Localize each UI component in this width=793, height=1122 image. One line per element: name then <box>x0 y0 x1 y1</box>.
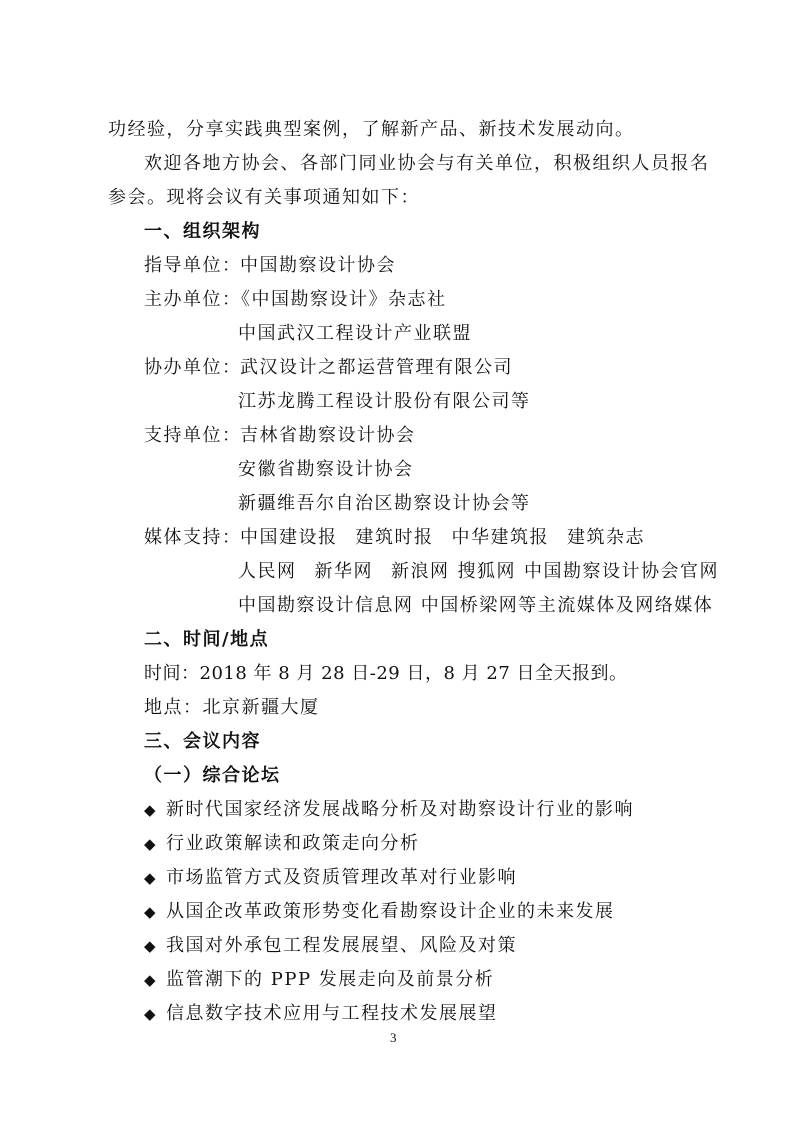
host-unit-row: 主办单位：《中国勘察设计》杂志社 <box>144 288 447 312</box>
co-unit-row: 协办单位：武汉设计之都运营管理有限公司 <box>144 356 513 380</box>
list-item: ◆从国企改革政策形势变化看勘察设计企业的未来发展 <box>144 900 615 924</box>
media-support-row-3: 中国勘察设计信息网 中国桥梁网等主流媒体及网络媒体 <box>238 594 713 618</box>
host-unit-value-2: 中国武汉工程设计产业联盟 <box>238 322 472 346</box>
support-unit-value-3: 新疆维吾尔自治区勘察设计协会等 <box>238 492 531 516</box>
guide-unit-label: 指导单位： <box>144 254 240 278</box>
media-item: 新华网 <box>315 561 374 582</box>
support-unit-value-2: 安徽省勘察设计协会 <box>238 458 414 482</box>
media-item: 中国建设报 <box>240 527 338 548</box>
media-support-row: 媒体支持：中国建设报建筑时报中华建筑报建筑杂志 <box>144 526 645 550</box>
subsection-heading-forum: （一）综合论坛 <box>144 764 281 788</box>
list-item: ◆新时代国家经济发展战略分析及对勘察设计行业的影响 <box>144 798 634 822</box>
media-item: 中国勘察设计协会官网 <box>524 561 719 582</box>
section-heading-content: 三、会议内容 <box>144 730 261 754</box>
support-unit-label: 支持单位： <box>144 424 240 448</box>
diamond-bullet-icon: ◆ <box>144 832 166 856</box>
list-item: ◆我国对外承包工程发展展望、风险及对策 <box>144 934 517 958</box>
media-support-label: 媒体支持： <box>144 526 240 550</box>
place-line: 地点：北京新疆大厦 <box>144 696 320 720</box>
diamond-bullet-icon: ◆ <box>144 866 166 890</box>
list-item: ◆信息数字技术应用与工程技术发展展望 <box>144 1002 498 1026</box>
host-unit-label: 主办单位： <box>144 288 240 312</box>
media-item: 中华建筑报 <box>452 527 550 548</box>
page-number: 3 <box>390 1030 397 1046</box>
support-unit-value: 吉林省勘察设计协会 <box>240 425 416 446</box>
diamond-bullet-icon: ◆ <box>144 1002 166 1026</box>
intro-line-1: 功经验，分享实践典型案例，了解新产品、新技术发展动向。 <box>108 118 635 142</box>
diamond-bullet-icon: ◆ <box>144 968 166 992</box>
media-item: 建筑杂志 <box>567 527 645 548</box>
section-heading-organization: 一、组织架构 <box>144 220 261 244</box>
media-item: 搜狐网 <box>458 561 517 582</box>
media-item: 新浪网 <box>391 561 450 582</box>
diamond-bullet-icon: ◆ <box>144 798 166 822</box>
host-unit-value: 《中国勘察设计》杂志社 <box>232 289 447 310</box>
media-support-row-2: 人民网新华网新浪网搜狐网中国勘察设计协会官网 <box>238 560 719 584</box>
intro-line-3: 参会。现将会议有关事项通知如下： <box>108 186 420 210</box>
diamond-bullet-icon: ◆ <box>144 900 166 924</box>
list-item: ◆市场监管方式及资质管理改革对行业影响 <box>144 866 517 890</box>
media-item: 建筑时报 <box>356 527 434 548</box>
support-unit-row: 支持单位：吉林省勘察设计协会 <box>144 424 416 448</box>
media-item: 人民网 <box>238 561 297 582</box>
diamond-bullet-icon: ◆ <box>144 934 166 958</box>
intro-line-2: 欢迎各地方协会、各部门同业协会与有关单位，积极组织人员报名 <box>144 152 710 176</box>
co-unit-value: 武汉设计之都运营管理有限公司 <box>240 357 513 378</box>
list-item: ◆监管潮下的 PPP 发展走向及前景分析 <box>144 968 494 992</box>
guide-unit-value: 中国勘察设计协会 <box>240 255 396 276</box>
time-line: 时间：2018 年 8 月 28 日-29 日，8 月 27 日全天报到。 <box>144 662 628 686</box>
guide-unit-row: 指导单位：中国勘察设计协会 <box>144 254 396 278</box>
section-heading-time-place: 二、时间/地点 <box>144 628 269 652</box>
list-item: ◆行业政策解读和政策走向分析 <box>144 832 420 856</box>
co-unit-value-2: 江苏龙腾工程设计股份有限公司等 <box>238 390 531 414</box>
co-unit-label: 协办单位： <box>144 356 240 380</box>
